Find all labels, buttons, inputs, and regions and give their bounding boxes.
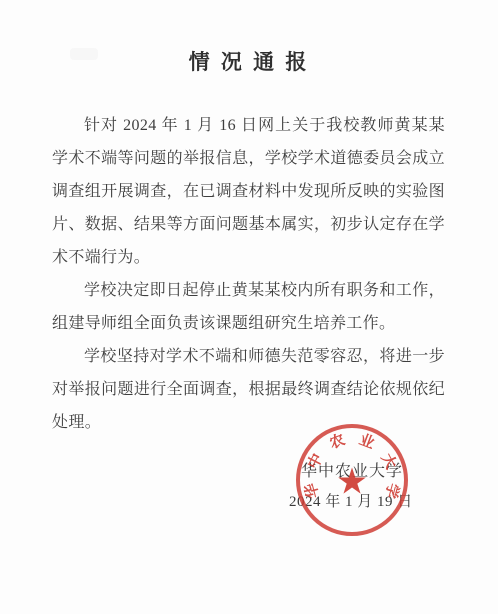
notice-body: 针对 2024 年 1 月 16 日网上关于我校教师黄某某学术不端等问题的举报信… [52, 109, 445, 439]
seal-arc-char: 华 [304, 481, 322, 499]
star-icon: ★ [336, 463, 368, 499]
official-seal: 华 中 农 业 大 学 ★ [296, 424, 408, 536]
page-title: 情 况 通 报 [0, 46, 498, 76]
notice-paragraph: 针对 2024 年 1 月 16 日网上关于我校教师黄某某学术不端等问题的举报信… [52, 109, 445, 274]
seal-arc-char: 业 [357, 433, 376, 452]
seal-arc-char: 农 [328, 433, 347, 452]
seal-arc-char: 中 [306, 452, 326, 472]
document-page: 情 况 通 报 针对 2024 年 1 月 16 日网上关于我校教师黄某某学术不… [0, 0, 498, 614]
seal-arc-char: 学 [381, 481, 399, 499]
notice-paragraph: 学校坚持对学术不端和师德失范零容忍，将进一步对举报问题进行全面调查，根据最终调查… [52, 340, 445, 439]
notice-paragraph: 学校决定即日起停止黄某某校内所有职务和工作，组建导师组全面负责该课题组研究生培养… [52, 274, 445, 340]
seal-arc-char: 大 [378, 452, 398, 472]
